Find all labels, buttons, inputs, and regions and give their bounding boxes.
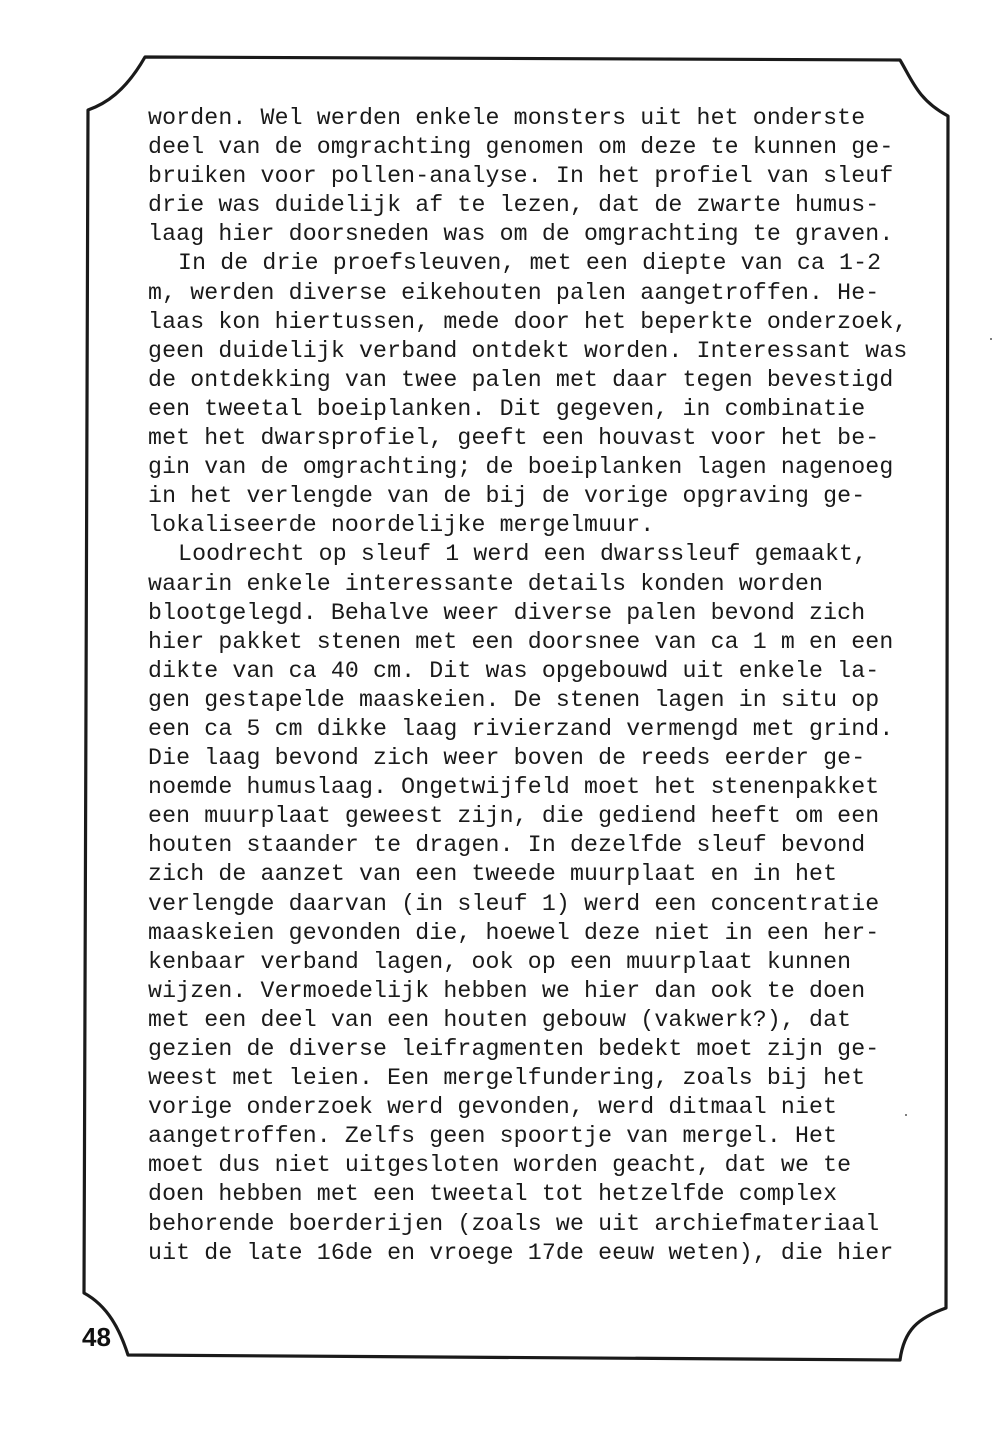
text-line: in het verlengde van de bij de vorige op…	[148, 482, 938, 511]
text-line: worden. Wel werden enkele monsters uit h…	[148, 104, 938, 133]
text-line: m, werden diverse eikehouten palen aange…	[148, 279, 938, 308]
text-line: dikte van ca 40 cm. Dit was opgebouwd ui…	[148, 657, 938, 686]
text-line: met het dwarsprofiel, geeft een houvast …	[148, 424, 938, 453]
text-line: een muurplaat geweest zijn, die gediend …	[148, 802, 938, 831]
text-line: gin van de omgrachting; de boeiplanken l…	[148, 453, 938, 482]
text-line: bruiken voor pollen-analyse. In het prof…	[148, 162, 938, 191]
text-line: Die laag bevond zich weer boven de reeds…	[148, 744, 938, 773]
text-line: verlengde daarvan (in sleuf 1) werd een …	[148, 890, 938, 919]
text-line: behorende boerderijen (zoals we uit arch…	[148, 1210, 938, 1239]
text-line: blootgelegd. Behalve weer diverse palen …	[148, 599, 938, 628]
paragraph: Loodrecht op sleuf 1 werd een dwarssleuf…	[148, 540, 938, 1267]
text-line: vorige onderzoek werd gevonden, werd dit…	[148, 1093, 938, 1122]
text-line: noemde humuslaag. Ongetwijfeld moet het …	[148, 773, 938, 802]
text-line: uit de late 16de en vroege 17de eeuw wet…	[148, 1239, 938, 1268]
paragraph: In de drie proefsleuven, met een diepte …	[148, 249, 938, 540]
body-text: worden. Wel werden enkele monsters uit h…	[148, 104, 938, 1268]
text-line: houten staander te dragen. In dezelfde s…	[148, 831, 938, 860]
text-line: deel van de omgrachting genomen om deze …	[148, 133, 938, 162]
text-line: een ca 5 cm dikke laag rivierzand vermen…	[148, 715, 938, 744]
text-line: doen hebben met een tweetal tot hetzelfd…	[148, 1180, 938, 1209]
text-line: waarin enkele interessante details konde…	[148, 570, 938, 599]
text-line: geen duidelijk verband ontdekt worden. I…	[148, 337, 938, 366]
text-line: lokaliseerde noordelijke mergelmuur.	[148, 511, 938, 540]
text-line: drie was duidelijk af te lezen, dat de z…	[148, 191, 938, 220]
text-line: In de drie proefsleuven, met een diepte …	[148, 249, 938, 278]
text-line: maaskeien gevonden die, hoewel deze niet…	[148, 919, 938, 948]
text-line: hier pakket stenen met een doorsnee van …	[148, 628, 938, 657]
text-line: gezien de diverse leifragmenten bedekt m…	[148, 1035, 938, 1064]
text-line: kenbaar verband lagen, ook op een muurpl…	[148, 948, 938, 977]
text-line: een tweetal boeiplanken. Dit gegeven, in…	[148, 395, 938, 424]
text-line: Loodrecht op sleuf 1 werd een dwarssleuf…	[148, 540, 938, 569]
page-number: 48	[82, 1322, 111, 1353]
text-line: aangetroffen. Zelfs geen spoortje van me…	[148, 1122, 938, 1151]
paragraph: worden. Wel werden enkele monsters uit h…	[148, 104, 938, 249]
text-line: de ontdekking van twee palen met daar te…	[148, 366, 938, 395]
text-line: wijzen. Vermoedelijk hebben we hier dan …	[148, 977, 938, 1006]
text-line: zich de aanzet van een tweede muurplaat …	[148, 860, 938, 889]
text-line: gen gestapelde maaskeien. De stenen lage…	[148, 686, 938, 715]
text-line: weest met leien. Een mergelfundering, zo…	[148, 1064, 938, 1093]
text-line: moet dus niet uitgesloten worden geacht,…	[148, 1151, 938, 1180]
text-line: laas kon hiertussen, mede door het beper…	[148, 308, 938, 337]
text-line: met een deel van een houten gebouw (vakw…	[148, 1006, 938, 1035]
scan-speck	[990, 338, 992, 340]
text-line: laag hier doorsneden was om de omgrachti…	[148, 220, 938, 249]
